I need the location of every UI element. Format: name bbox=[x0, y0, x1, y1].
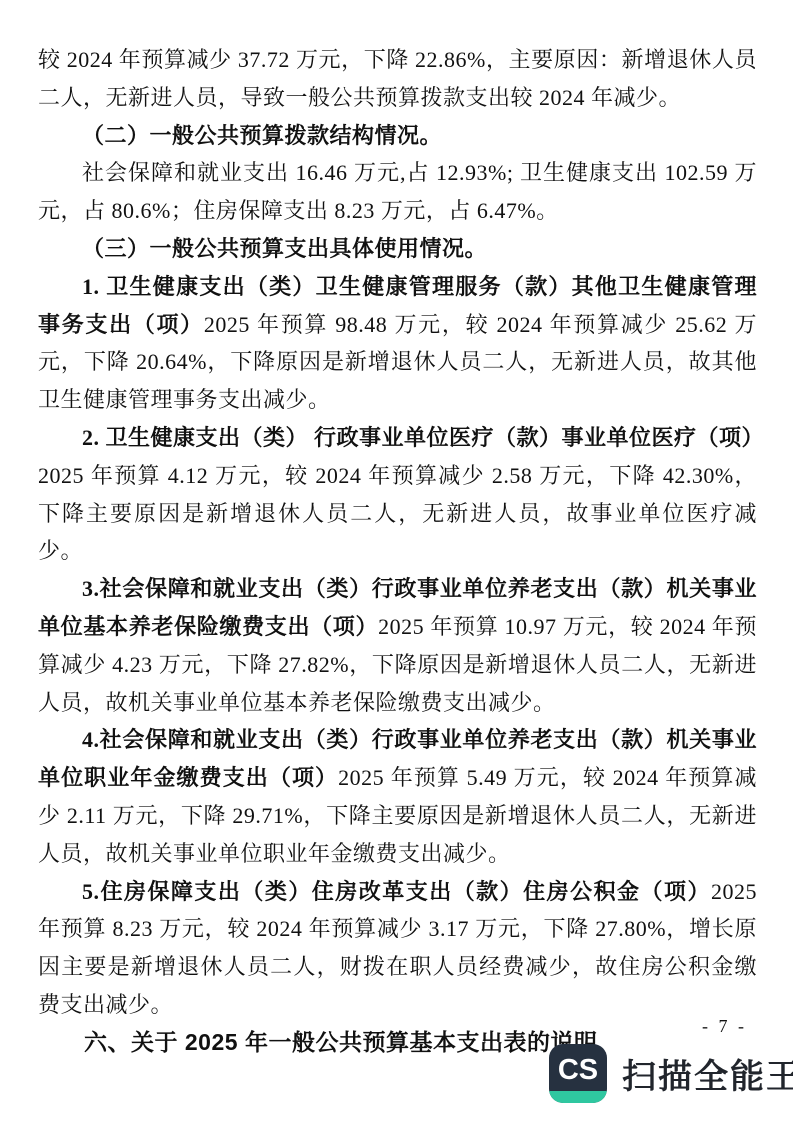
budget-structure-text: 社会保障和就业支出 16.46 万元,占 12.93%; 卫生健康支出 102.… bbox=[38, 160, 757, 223]
section-heading-3: （三）一般公共预算支出具体使用情况。 bbox=[38, 230, 757, 268]
expense-item-3: 3.社会保障和就业支出（类）行政事业单位养老支出（款）机关事业单位基本养老保险缴… bbox=[38, 570, 757, 721]
camscanner-app-name: 扫描全能王 bbox=[622, 1049, 793, 1098]
expense-item-2: 2. 卫生健康支出（类） 行政事业单位医疗（款）事业单位医疗（项）2025 年预… bbox=[38, 419, 757, 570]
continued-paragraph: 较 2024 年预算减少 37.72 万元，下降 22.86%，主要原因：新增退… bbox=[38, 41, 757, 117]
camscanner-logo-letters: CS bbox=[549, 1050, 607, 1091]
expense-item-2-title: 2. 卫生健康支出（类） 行政事业单位医疗（款）事业单位医疗（项） bbox=[82, 425, 764, 450]
camscanner-logo-icon: CS bbox=[549, 1044, 607, 1103]
continued-paragraph-text: 较 2024 年预算减少 37.72 万元，下降 22.86%，主要原因：新增退… bbox=[38, 47, 757, 110]
budget-structure-paragraph: 社会保障和就业支出 16.46 万元,占 12.93%; 卫生健康支出 102.… bbox=[38, 154, 757, 230]
camscanner-watermark: CS 扫描全能王 bbox=[549, 1044, 793, 1103]
camscanner-logo-accent-strip bbox=[549, 1091, 607, 1103]
expense-item-4: 4.社会保障和就业支出（类）行政事业单位养老支出（款）机关事业单位职业年金缴费支… bbox=[38, 721, 757, 872]
expense-item-5-title: 5.住房保障支出（类）住房改革支出（款）住房公积金（项） bbox=[82, 879, 711, 904]
section-heading-6-text: 六、关于 2025 年一般公共预算基本支出表的说明 bbox=[84, 1029, 597, 1055]
section-heading-2-text: （二）一般公共预算拨款结构情况。 bbox=[82, 123, 442, 148]
section-heading-3-text: （三）一般公共预算支出具体使用情况。 bbox=[82, 236, 487, 261]
expense-item-2-detail: 2025 年预算 4.12 万元，较 2024 年预算减少 2.58 万元，下降… bbox=[38, 463, 757, 564]
expense-item-1: 1. 卫生健康支出（类）卫生健康管理服务（款）其他卫生健康管理事务支出（项）20… bbox=[38, 268, 757, 419]
expense-item-5: 5.住房保障支出（类）住房改革支出（款）住房公积金（项）2025 年预算 8.2… bbox=[38, 873, 757, 1024]
section-heading-2: （二）一般公共预算拨款结构情况。 bbox=[38, 117, 757, 155]
document-body: 较 2024 年预算减少 37.72 万元，下降 22.86%，主要原因：新增退… bbox=[38, 41, 757, 1062]
page-number: - 7 - bbox=[702, 1016, 747, 1037]
